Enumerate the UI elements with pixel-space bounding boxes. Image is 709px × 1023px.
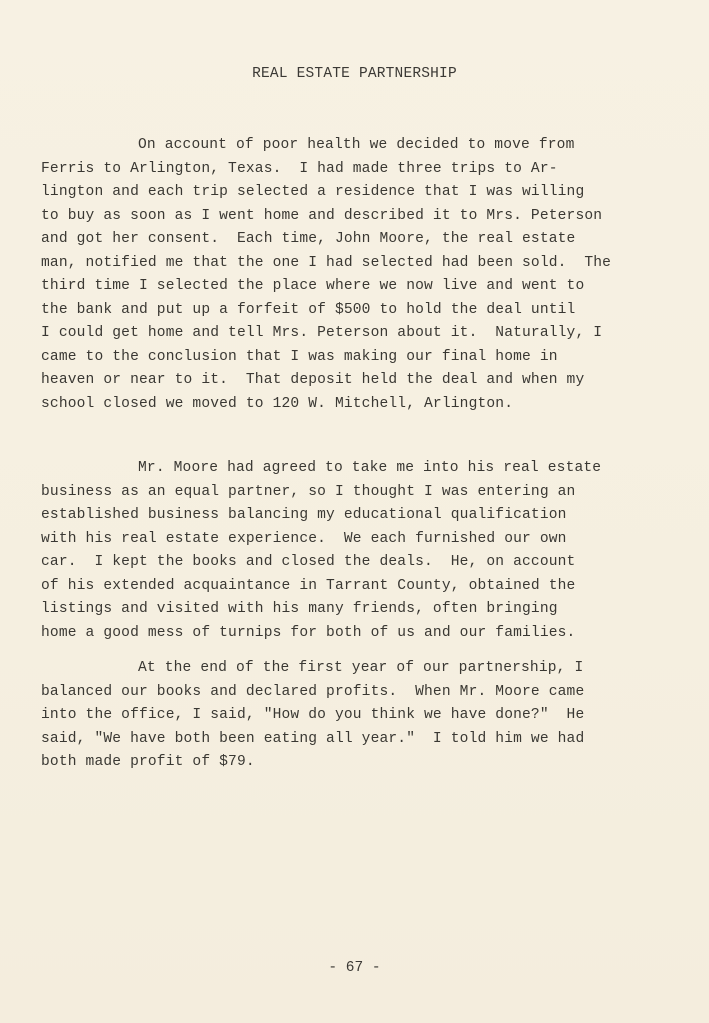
text-line: into the office, I said, "How do you thi…: [41, 704, 681, 728]
text-line: of his extended acquaintance in Tarrant …: [41, 575, 681, 599]
document-title: REAL ESTATE PARTNERSHIP: [0, 66, 709, 82]
text-line: lington and each trip selected a residen…: [41, 181, 681, 205]
page-number: - 67 -: [0, 960, 709, 976]
paragraph-2: Mr. Moore had agreed to take me into his…: [41, 457, 681, 645]
text-line: to buy as soon as I went home and descri…: [41, 205, 681, 229]
text-line: Mr. Moore had agreed to take me into his…: [41, 457, 681, 481]
text-line: heaven or near to it. That deposit held …: [41, 369, 681, 393]
text-line: balanced our books and declared profits.…: [41, 681, 681, 705]
text-line: Ferris to Arlington, Texas. I had made t…: [41, 158, 681, 182]
text-line: said, "We have both been eating all year…: [41, 728, 681, 752]
text-line: business as an equal partner, so I thoug…: [41, 481, 681, 505]
text-line: I could get home and tell Mrs. Peterson …: [41, 322, 681, 346]
text-line: listings and visited with his many frien…: [41, 598, 681, 622]
text-line: car. I kept the books and closed the dea…: [41, 551, 681, 575]
text-line: At the end of the first year of our part…: [41, 657, 681, 681]
text-line: came to the conclusion that I was making…: [41, 346, 681, 370]
text-line: On account of poor health we decided to …: [41, 134, 681, 158]
paragraph-3: At the end of the first year of our part…: [41, 657, 681, 775]
text-line: third time I selected the place where we…: [41, 275, 681, 299]
text-line: man, notified me that the one I had sele…: [41, 252, 681, 276]
text-line: with his real estate experience. We each…: [41, 528, 681, 552]
text-line: school closed we moved to 120 W. Mitchel…: [41, 393, 681, 417]
text-line: home a good mess of turnips for both of …: [41, 622, 681, 646]
text-line: the bank and put up a forfeit of $500 to…: [41, 299, 681, 323]
text-line: and got her consent. Each time, John Moo…: [41, 228, 681, 252]
document-page: REAL ESTATE PARTNERSHIP On account of po…: [0, 0, 709, 1023]
text-line: both made profit of $79.: [41, 751, 681, 775]
text-line: established business balancing my educat…: [41, 504, 681, 528]
paragraph-1: On account of poor health we decided to …: [41, 134, 681, 416]
